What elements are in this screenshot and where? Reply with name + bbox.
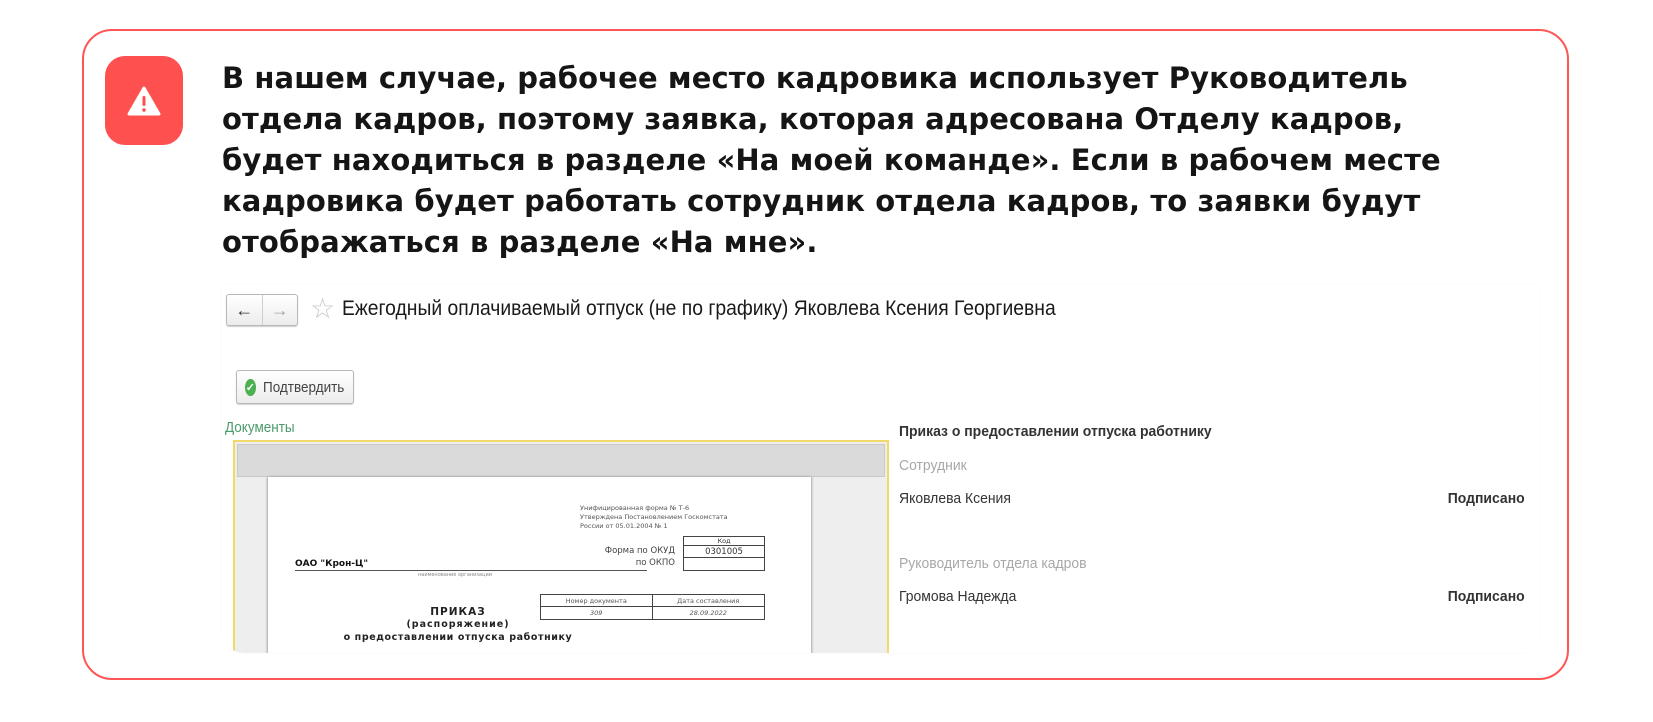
organization-name: ОАО "Крон-Ц": [295, 559, 368, 569]
confirm-button[interactable]: ✓ Подтвердить: [236, 370, 354, 404]
star-icon[interactable]: ☆: [310, 293, 335, 325]
order-heading: ПРИКАЗ: [348, 606, 568, 618]
okpo-label: по ОКПО: [636, 558, 675, 568]
alert-line: отдела кадров, поэтому заявка, которая а…: [222, 99, 1542, 140]
form-note: Унифицированная форма № Т-6 Утверждена П…: [580, 504, 728, 531]
okud-label: Форма по ОКУД: [605, 546, 675, 556]
alert-line: В нашем случае, рабочее место кадровика …: [222, 58, 1542, 99]
signer-role: Сотрудник: [899, 457, 967, 474]
arrow-right-icon: →: [271, 300, 289, 321]
back-button[interactable]: ←: [227, 295, 263, 325]
signature-status: Подписано: [1448, 588, 1525, 605]
kod-box: Код 0301005: [683, 536, 765, 571]
alert-line: отображаться в разделе «На мне».: [222, 222, 1542, 263]
arrow-left-icon: ←: [235, 300, 253, 321]
alert-icon-badge: [105, 56, 183, 145]
signer-role: Руководитель отдела кадров: [899, 555, 1087, 572]
order-description: о предоставлении отпуска работнику: [308, 632, 608, 643]
embedded-screenshot: ← → ☆ Ежегодный оплачиваемый отпуск (не …: [222, 285, 1540, 653]
documents-section-label: Документы: [225, 419, 295, 436]
document-page: Унифицированная форма № Т-6 Утверждена П…: [268, 477, 811, 653]
organization-caption: наименование организации: [418, 571, 492, 580]
preview-toolbar: [237, 444, 885, 477]
document-number-table: Номер документа Дата составления 309 28.…: [540, 594, 765, 620]
signer-name[interactable]: Яковлева Ксения: [899, 490, 1011, 507]
history-nav: ← →: [226, 294, 298, 326]
form-title: Ежегодный оплачиваемый отпуск (не по гра…: [342, 297, 1056, 321]
alert-line: будет находиться в разделе «На моей кома…: [222, 140, 1542, 181]
forward-button[interactable]: →: [263, 295, 298, 325]
signer-name[interactable]: Громова Надежда: [899, 588, 1016, 605]
warning-triangle-icon: [127, 86, 161, 116]
order-subheading: (распоряжение): [348, 619, 568, 630]
check-circle-icon: ✓: [245, 379, 256, 396]
signature-status: Подписано: [1448, 490, 1525, 507]
confirm-button-label: Подтвердить: [263, 379, 344, 396]
alert-message: В нашем случае, рабочее место кадровика …: [222, 58, 1542, 263]
document-preview[interactable]: Унифицированная форма № Т-6 Утверждена П…: [233, 440, 889, 653]
signed-document-title: Приказ о предоставлении отпуска работник…: [899, 423, 1212, 440]
alert-line: кадровика будет работать сотрудник отдел…: [222, 181, 1542, 222]
